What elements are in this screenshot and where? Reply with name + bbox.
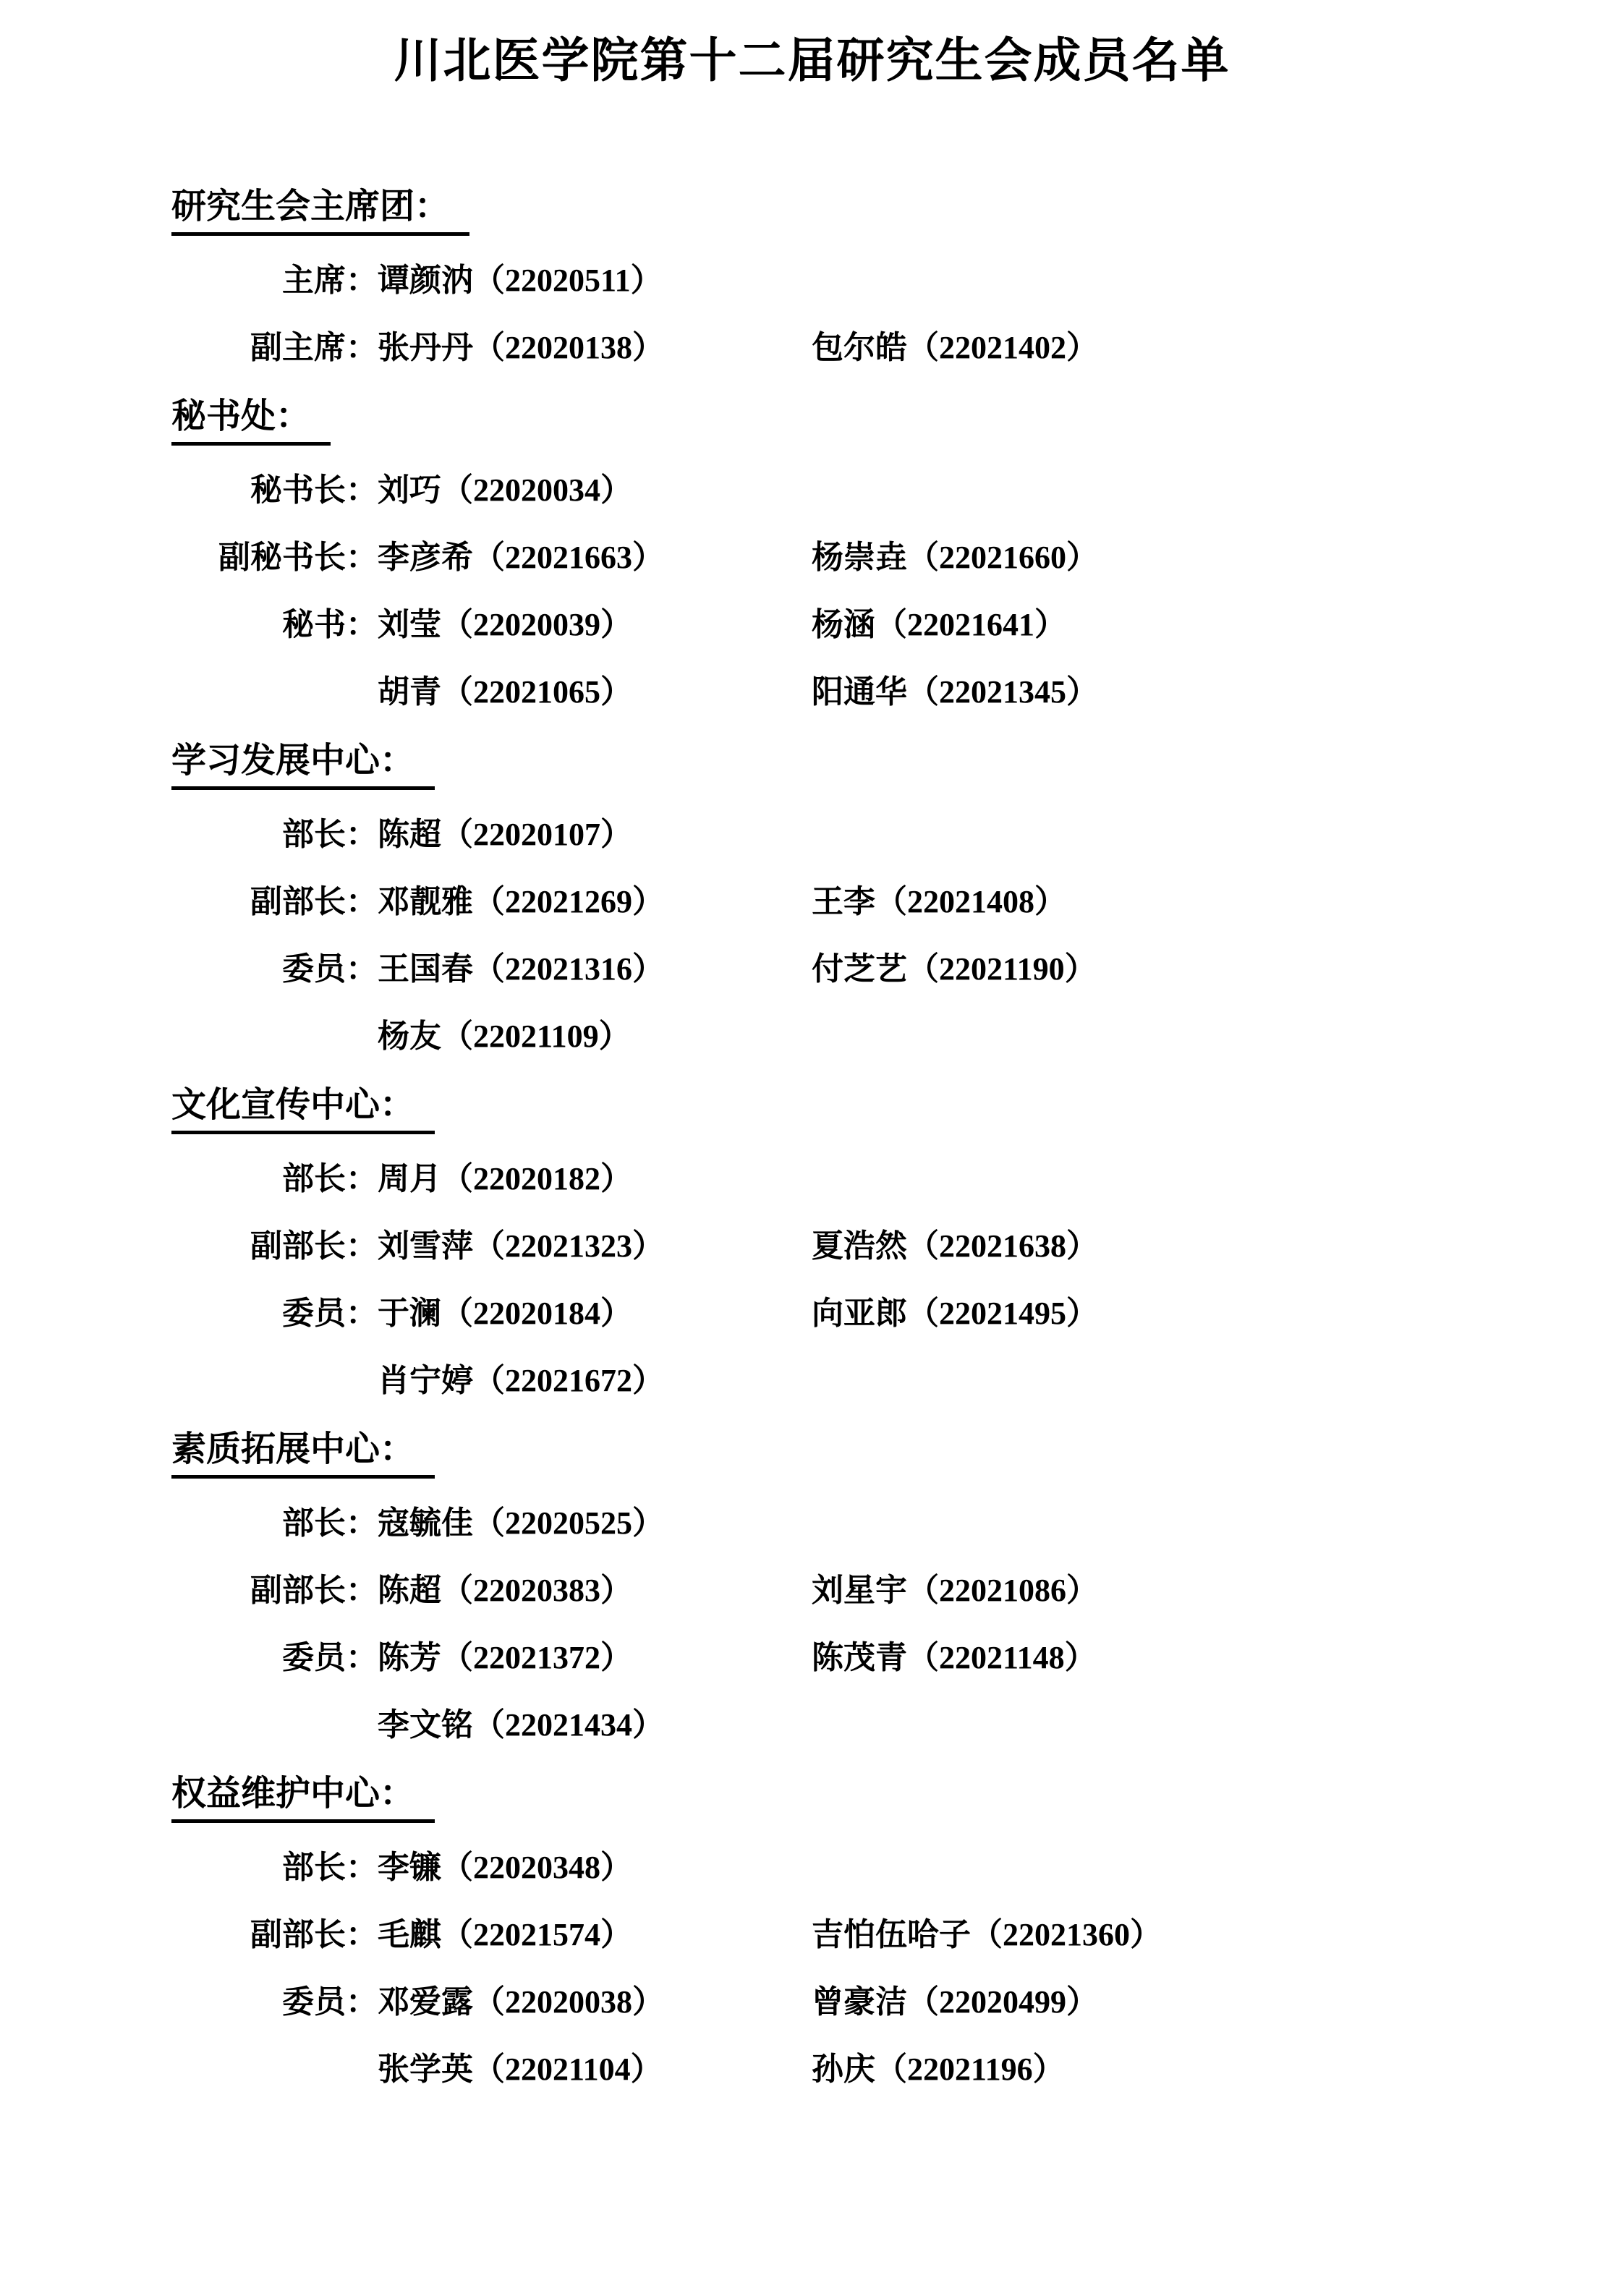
row-label: 副部长：	[171, 1918, 378, 1952]
document-title: 川北医学院第十二届研究生会成员名单	[0, 36, 1624, 87]
member-row: 委员： 陈芳（22021372） 陈茂青（22021148）	[171, 1641, 1544, 1675]
row-label: 副秘书长：	[171, 540, 378, 574]
member-name-col1: 邓靓雅（22021269）	[378, 885, 812, 919]
document-page: 川北医学院第十二届研究生会成员名单 研究生会主席团： 主席： 谭颜汭（22020…	[0, 0, 1624, 2296]
member-name-col1: 陈超（22020107）	[378, 817, 812, 851]
member-name-col2: 吉怕伍哈子（22021360）	[812, 1918, 1544, 1952]
member-name-col2: 向亚郎（22021495）	[812, 1296, 1544, 1330]
member-name-col1: 王国春（22021316）	[378, 952, 812, 986]
member-name-col1: 刘莹（22020039）	[378, 608, 812, 642]
member-name-col1: 刘巧（22020034）	[378, 473, 812, 507]
row-label: 委员：	[171, 1985, 378, 2019]
member-row: 副部长： 邓靓雅（22021269） 王李（22021408）	[171, 885, 1544, 919]
section-heading-row: 秘书处：	[171, 398, 1544, 446]
row-label: 部长：	[171, 817, 378, 851]
member-row: 副秘书长： 李彦希（22021663） 杨崇垚（22021660）	[171, 540, 1544, 574]
row-label: 副主席：	[171, 331, 378, 365]
member-name-col1: 邓爱露（22020038）	[378, 1985, 812, 2019]
row-label: 副部长：	[171, 1229, 378, 1263]
member-row: 部长： 周月（22020182）	[171, 1162, 1544, 1196]
member-row: 杨友（22021109）	[171, 1019, 1544, 1053]
member-row: 胡青（22021065） 阳通华（22021345）	[171, 675, 1544, 709]
section-secretariat: 秘书处： 秘书长： 刘巧（22020034） 副秘书长： 李彦希（2202166…	[171, 398, 1544, 709]
member-name-col2: 付芝艺（22021190）	[812, 952, 1544, 986]
section-heading-row: 文化宣传中心：	[171, 1087, 1544, 1134]
member-row: 肖宁婷（22021672）	[171, 1364, 1544, 1398]
member-name-col2: 夏浩然（22021638）	[812, 1229, 1544, 1263]
member-row: 部长： 李镰（22020348）	[171, 1850, 1544, 1884]
section-heading: 学习发展中心：	[171, 742, 435, 790]
member-name-col1: 寇毓佳（22020525）	[378, 1506, 812, 1540]
row-label: 秘书：	[171, 608, 378, 642]
member-name-col2: 曾豪洁（22020499）	[812, 1985, 1544, 2019]
member-row: 委员： 王国春（22021316） 付芝艺（22021190）	[171, 952, 1544, 986]
member-row: 副部长： 陈超（22020383） 刘星宇（22021086）	[171, 1573, 1544, 1607]
member-name-col2: 杨崇垚（22021660）	[812, 540, 1544, 574]
member-name-col1: 肖宁婷（22021672）	[378, 1364, 812, 1398]
row-label: 主席：	[171, 263, 378, 297]
section-heading: 权益维护中心：	[171, 1775, 435, 1823]
section-presidium: 研究生会主席团： 主席： 谭颜汭（22020511） 副主席： 张丹丹（2202…	[171, 188, 1544, 365]
member-row: 秘书长： 刘巧（22020034）	[171, 473, 1544, 507]
member-row: 副部长： 毛麒（22021574） 吉怕伍哈子（22021360）	[171, 1918, 1544, 1952]
document-body: 研究生会主席团： 主席： 谭颜汭（22020511） 副主席： 张丹丹（2202…	[0, 188, 1624, 2086]
member-name-col2: 阳通华（22021345）	[812, 675, 1544, 709]
member-name-col2: 杨涵（22021641）	[812, 608, 1544, 642]
member-name-col2: 陈茂青（22021148）	[812, 1641, 1544, 1675]
member-name-col2: 刘星宇（22021086）	[812, 1573, 1544, 1607]
member-name-col2: 包尔皓（22021402）	[812, 331, 1544, 365]
member-row: 张学英（22021104） 孙庆（22021196）	[171, 2052, 1544, 2086]
member-name-col1: 于澜（22020184）	[378, 1296, 812, 1330]
member-row: 委员： 邓爱露（22020038） 曾豪洁（22020499）	[171, 1985, 1544, 2019]
member-row: 副主席： 张丹丹（22020138） 包尔皓（22021402）	[171, 331, 1544, 365]
member-name-col2: 王李（22021408）	[812, 885, 1544, 919]
member-row: 部长： 寇毓佳（22020525）	[171, 1506, 1544, 1540]
member-name-col1: 陈超（22020383）	[378, 1573, 812, 1607]
member-name-col1: 谭颜汭（22020511）	[378, 263, 812, 297]
row-label: 副部长：	[171, 885, 378, 919]
member-name-col1: 李文铭（22021434）	[378, 1708, 812, 1742]
section-heading-row: 学习发展中心：	[171, 742, 1544, 790]
row-label: 秘书长：	[171, 473, 378, 507]
member-name-col1: 胡青（22021065）	[378, 675, 812, 709]
member-name-col1: 张学英（22021104）	[378, 2052, 812, 2086]
section-heading: 秘书处：	[171, 398, 331, 446]
row-label: 委员：	[171, 1296, 378, 1330]
section-heading-row: 研究生会主席团：	[171, 188, 1544, 236]
section-heading-row: 权益维护中心：	[171, 1775, 1544, 1823]
section-rights-protection-center: 权益维护中心： 部长： 李镰（22020348） 副部长： 毛麒（2202157…	[171, 1775, 1544, 2086]
member-name-col1: 杨友（22021109）	[378, 1019, 812, 1053]
section-heading: 素质拓展中心：	[171, 1431, 435, 1479]
section-heading: 研究生会主席团：	[171, 188, 469, 236]
row-label: 副部长：	[171, 1573, 378, 1607]
member-row: 委员： 于澜（22020184） 向亚郎（22021495）	[171, 1296, 1544, 1330]
member-row: 部长： 陈超（22020107）	[171, 817, 1544, 851]
section-heading-row: 素质拓展中心：	[171, 1431, 1544, 1479]
section-quality-development-center: 素质拓展中心： 部长： 寇毓佳（22020525） 副部长： 陈超（220203…	[171, 1431, 1544, 1742]
member-name-col1: 刘雪萍（22021323）	[378, 1229, 812, 1263]
section-culture-publicity-center: 文化宣传中心： 部长： 周月（22020182） 副部长： 刘雪萍（220213…	[171, 1087, 1544, 1398]
section-heading: 文化宣传中心：	[171, 1087, 435, 1134]
row-label: 部长：	[171, 1506, 378, 1540]
member-row: 李文铭（22021434）	[171, 1708, 1544, 1742]
member-name-col2: 孙庆（22021196）	[812, 2052, 1544, 2086]
row-label: 部长：	[171, 1850, 378, 1884]
member-name-col1: 周月（22020182）	[378, 1162, 812, 1196]
member-row: 主席： 谭颜汭（22020511）	[171, 263, 1544, 297]
member-name-col1: 李镰（22020348）	[378, 1850, 812, 1884]
member-row: 秘书： 刘莹（22020039） 杨涵（22021641）	[171, 608, 1544, 642]
member-name-col1: 张丹丹（22020138）	[378, 331, 812, 365]
member-name-col1: 李彦希（22021663）	[378, 540, 812, 574]
member-row: 副部长： 刘雪萍（22021323） 夏浩然（22021638）	[171, 1229, 1544, 1263]
row-label: 委员：	[171, 1641, 378, 1675]
member-name-col1: 陈芳（22021372）	[378, 1641, 812, 1675]
member-name-col1: 毛麒（22021574）	[378, 1918, 812, 1952]
row-label: 部长：	[171, 1162, 378, 1196]
row-label: 委员：	[171, 952, 378, 986]
section-study-development-center: 学习发展中心： 部长： 陈超（22020107） 副部长： 邓靓雅（220212…	[171, 742, 1544, 1053]
